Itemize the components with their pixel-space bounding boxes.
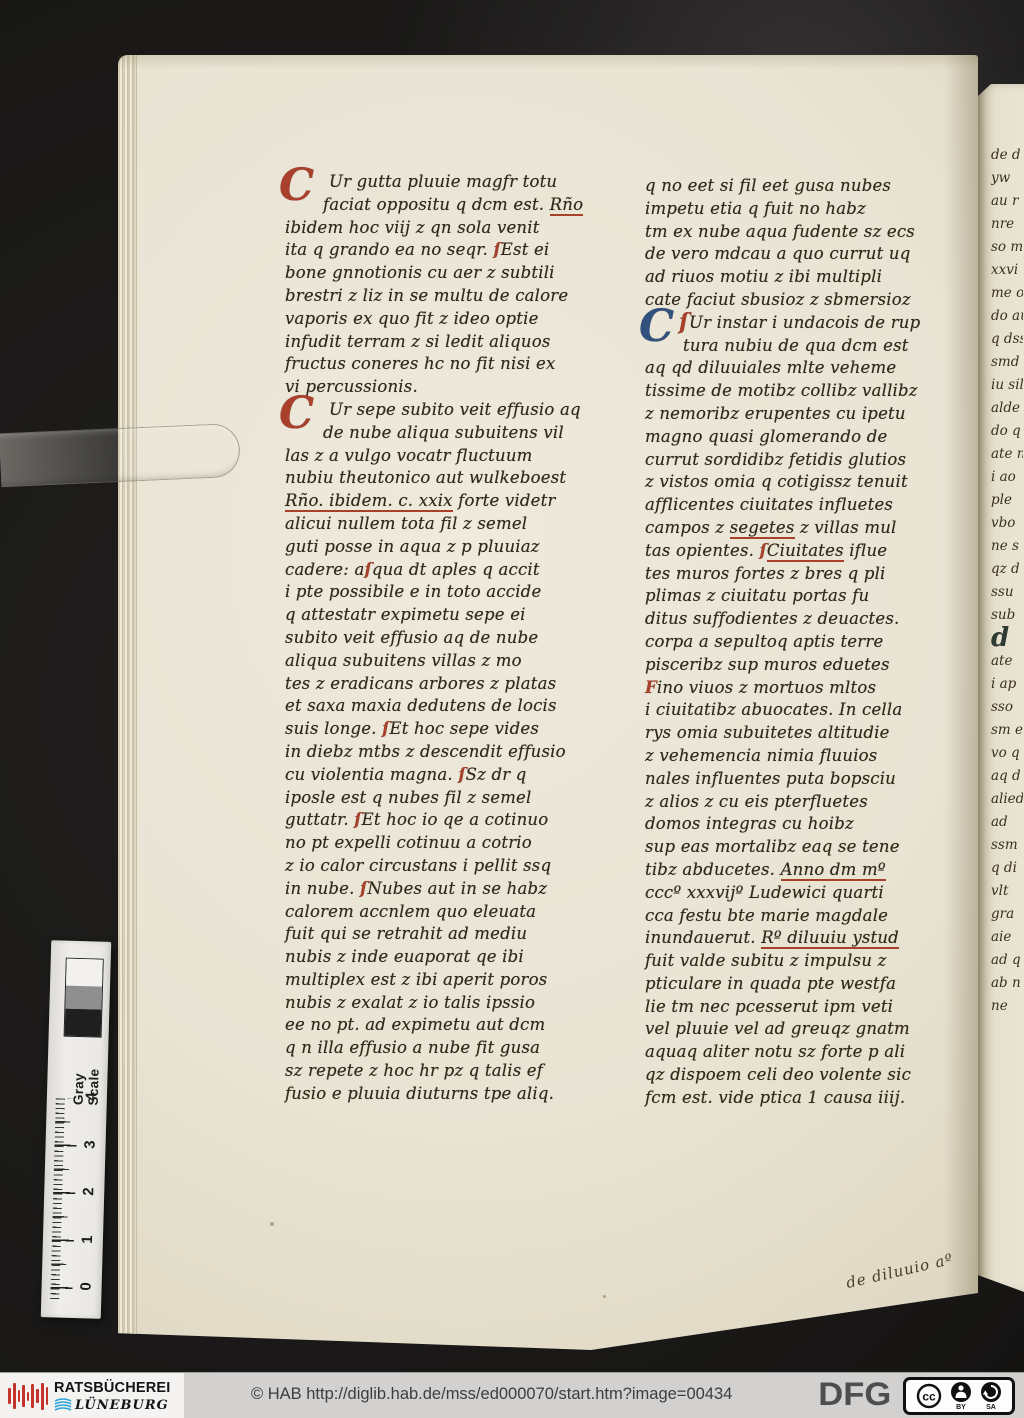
- library-name-line2: LÜNEBURG: [75, 1398, 169, 1413]
- sliver-fragment: ad q: [991, 949, 1023, 972]
- manuscript-line: fructus coneres hc no fit nisi ex: [285, 354, 621, 377]
- sliver-fragment: so m: [991, 236, 1023, 259]
- sliver-fragment: iu sil: [991, 374, 1023, 397]
- manuscript-line: vel pluuie vel ad greuqz gnatm: [645, 1019, 981, 1042]
- manuscript-line: cccº xxxvijº Ludewici quarti: [645, 883, 981, 906]
- sliver-fragment: qz d: [991, 558, 1023, 581]
- manuscript-line: z nemoribz erupentes cu ipetu: [645, 404, 981, 427]
- manuscript-line: ditus suffodientes z deuactes.: [645, 609, 981, 632]
- sliver-fragment: do au: [991, 305, 1023, 328]
- manuscript-line: faciat oppositu q dcm est. Rño: [285, 195, 621, 218]
- dfg-logo: DFG: [818, 1376, 891, 1413]
- manuscript-line: tura nubiu de qua dcm est: [645, 336, 981, 359]
- manuscript-line: ita q grando ea no seqr. ſEst ei: [285, 240, 621, 263]
- manuscript-line: Rño. ibidem. c. xxix forte videtr: [285, 491, 621, 514]
- manuscript-line: rys omia subuitetes altitudie: [645, 723, 981, 746]
- manuscript-line: multiplex est z ibi aperit poros: [285, 970, 621, 993]
- manuscript-line: nubis z inde euaporat qe ibi: [285, 947, 621, 970]
- sliver-fragment: vlt: [991, 880, 1023, 903]
- manuscript-line: nubis z exalat z io talis ipssio: [285, 993, 621, 1016]
- manuscript-line: suis longe. ſEt hoc sepe vides: [285, 719, 621, 742]
- cc-icon: cc: [916, 1383, 942, 1409]
- sliver-fragment: ate: [991, 650, 1023, 673]
- manuscript-line: vi percussionis.: [285, 377, 621, 400]
- manuscript-line: alicui nullem tota fil z semel: [285, 514, 621, 537]
- sliver-fragment: ab n: [991, 972, 1023, 995]
- library-name: RATSBÜCHEREI LÜNEBURG: [54, 1380, 171, 1413]
- illuminated-initial: C: [639, 305, 674, 349]
- manuscript-line: guti posse in aqua z p pluuiaz: [285, 537, 621, 560]
- sliver-fragment: ple: [991, 489, 1023, 512]
- manuscript-line: tibz abducetes. Anno dm mº: [645, 860, 981, 883]
- sliver-fragment: q dss: [991, 328, 1023, 351]
- sliver-fragment: sso: [991, 696, 1023, 719]
- manuscript-line: q n illa effusio a nube fit gusa: [285, 1038, 621, 1061]
- library-bars-icon: [8, 1378, 48, 1414]
- manuscript-line: afflicentes ciuitates influetes: [645, 495, 981, 518]
- manuscript-line: impetu etia q fuit no habz: [645, 199, 981, 222]
- page-edge-stack: [118, 55, 137, 1350]
- manuscript-line: tm ex nube aqua fudente sz ecs: [645, 222, 981, 245]
- grayscale-patch-gray: [65, 986, 102, 1010]
- scan-background: de dywau rnreso mxxvime odo auq dsssmd i…: [0, 0, 1024, 1418]
- manuscript-line: tas opientes. ſCiuitates iflue: [645, 541, 981, 564]
- manuscript-line: Ur instar i undacois de rup: [645, 313, 981, 336]
- ruler-ticks: [50, 1098, 82, 1300]
- manuscript-left-column: Ur gutta pluuie magfr totuCfaciat opposi…: [285, 172, 621, 1107]
- grayscale-patches: [64, 958, 104, 1038]
- manuscript-line: tes muros fortes z bres q pli: [645, 564, 981, 587]
- page-holder-clip: [0, 423, 241, 487]
- ratsbuecherei-logo: RATSBÜCHEREI LÜNEBURG: [0, 1373, 184, 1418]
- sliver-fragment: yw: [991, 167, 1023, 190]
- manuscript-line: inundauerut. Rº diluuiu ystud: [645, 928, 981, 951]
- manuscript-line: i ciuitatibz abuocates. In cella: [645, 700, 981, 723]
- sliver-fragment: alde: [991, 397, 1023, 420]
- illuminated-initial: C: [279, 392, 314, 436]
- parchment-speck: [603, 1295, 606, 1298]
- by-person-icon: BY: [950, 1381, 972, 1411]
- manuscript-line: Ur sepe subito veit effusio aq: [285, 400, 621, 423]
- manuscript-line: magno quasi glomerando de: [645, 427, 981, 450]
- manuscript-line: calorem accnlem quo eleuata: [285, 902, 621, 925]
- manuscript-line: vaporis ex quo fit z ideo optie: [285, 309, 621, 332]
- sliver-fragment: smd i: [991, 351, 1023, 374]
- manuscript-line: z alios z cu eis pterfluetes: [645, 792, 981, 815]
- manuscript-line: plimas z ciuitatu portas fu: [645, 586, 981, 609]
- sliver-fragment: de d: [991, 144, 1023, 167]
- sliver-fragment: au r: [991, 190, 1023, 213]
- manuscript-line: cu violentia magna. ſSz dr q: [285, 765, 621, 788]
- sliver-fragment: xxvi: [991, 259, 1023, 282]
- illuminated-initial: C: [279, 164, 314, 208]
- manuscript-line: pisceribz sup muros eduetes: [645, 655, 981, 678]
- sliver-fragment: me o: [991, 282, 1023, 305]
- manuscript-line: corpa a sepultoq aptis terre: [645, 632, 981, 655]
- attribution-url: © HAB http://diglib.hab.de/mss/ed000070/…: [251, 1385, 732, 1404]
- manuscript-line: infudit terram z si ledit aliquos: [285, 332, 621, 355]
- sliver-fragment: alied: [991, 788, 1023, 811]
- manuscript-line: de vero mdcau a quo currut uq: [645, 244, 981, 267]
- manuscript-line: i pte possibile e in toto accide: [285, 582, 621, 605]
- sliver-fragment: ssu: [991, 581, 1023, 604]
- manuscript-line: et saxa maxia dedutens de locis: [285, 696, 621, 719]
- manuscript-line: domos integras cu hoibz: [645, 814, 981, 837]
- ruler-number: 1: [79, 1235, 96, 1244]
- manuscript-line: z io calor circustans i pellit ssq: [285, 856, 621, 879]
- sliver-fragment: ad: [991, 811, 1023, 834]
- manuscript-right-column: q no eet si fil eet gusa nubesimpetu eti…: [645, 176, 981, 1111]
- ruler-number: 4: [83, 1092, 100, 1101]
- sliver-fragment: sm e: [991, 719, 1023, 742]
- sliver-fragment: nre: [991, 213, 1023, 236]
- manuscript-line: de nube aliqua subuitens vil: [285, 423, 621, 446]
- ruler-number: 2: [80, 1187, 97, 1196]
- manuscript-line: cca festu bte marie magdale: [645, 906, 981, 929]
- manuscript-line: fuit valde subitu z impulsu z: [645, 951, 981, 974]
- sliver-fragment: d: [991, 627, 1023, 650]
- lueneburg-book-icon: [54, 1398, 72, 1412]
- manuscript-line: bone gnnotionis cu aer z subtili: [285, 263, 621, 286]
- manuscript-line: aquaq aliter notu sz forte p ali: [645, 1042, 981, 1065]
- initial-flourish: ſ: [679, 309, 689, 335]
- manuscript-line: fusio e pluuia diuturns tpe aliq.: [285, 1084, 621, 1107]
- manuscript-line: no pt expelli cotinuu a cotrio: [285, 833, 621, 856]
- manuscript-line: nubiu theutonico aut wulkeboest: [285, 468, 621, 491]
- manuscript-line: tissime de motibz collibz vallibz: [645, 381, 981, 404]
- sliver-fragment: q di: [991, 857, 1023, 880]
- ruler-number: 3: [81, 1140, 98, 1149]
- manuscript-line: currut sordidibz fetidis glutios: [645, 450, 981, 473]
- manuscript-line: fcm est. vide ptica 1 causa iiij.: [645, 1088, 981, 1111]
- manuscript-line: cadere: aſqua dt aples q accit: [285, 560, 621, 583]
- manuscript-line: Fino viuos z mortuos mltos: [645, 678, 981, 701]
- manuscript-line: las z a vulgo vocatr fluctuum: [285, 446, 621, 469]
- sliver-fragment: i ap: [991, 673, 1023, 696]
- sliver-fragment: ne: [991, 995, 1023, 1018]
- sliver-fragment: ne s: [991, 535, 1023, 558]
- manuscript-line: campos z segetes z villas mul: [645, 518, 981, 541]
- ruler-number: 0: [78, 1282, 95, 1291]
- manuscript-line: guttatr. ſEt hoc io qe a cotinuo: [285, 810, 621, 833]
- manuscript-line: lie tm nec pcesserut ipm veti: [645, 997, 981, 1020]
- manuscript-line: z vistos omia q cotigissz tenuit: [645, 472, 981, 495]
- footer-bar: RATSBÜCHEREI LÜNEBURG © HAB http://digli…: [0, 1372, 1024, 1418]
- manuscript-line: fuit qui se retrahit ad mediu: [285, 924, 621, 947]
- sliver-fragment: gra: [991, 903, 1023, 926]
- manuscript-line: ee no pt. ad expimetu aut dcm: [285, 1015, 621, 1038]
- sliver-fragment: vbo: [991, 512, 1023, 535]
- sa-arrow-icon: SA: [980, 1381, 1002, 1411]
- manuscript-line: qz dispoem celi deo volente sic: [645, 1065, 981, 1088]
- manuscript-line: q attestatr expimetu sepe ei: [285, 605, 621, 628]
- grayscale-patch-white: [66, 959, 103, 987]
- manuscript-line: iposle est q nubes fil z semel: [285, 788, 621, 811]
- sliver-fragment: aq d: [991, 765, 1023, 788]
- sliver-fragment: ate n: [991, 443, 1023, 466]
- cc-license-badge: cc BY SA: [903, 1377, 1015, 1415]
- manuscript-line: sup eas mortalibz eaq se tene: [645, 837, 981, 860]
- page-top-shade: [118, 55, 978, 69]
- manuscript-line: q no eet si fil eet gusa nubes: [645, 176, 981, 199]
- manuscript-line: subito veit effusio aq de nube: [285, 628, 621, 651]
- sliver-fragment: aie: [991, 926, 1023, 949]
- sliver-fragment: ssm: [991, 834, 1023, 857]
- manuscript-line: ibidem hoc viij z qn sola venit: [285, 218, 621, 241]
- manuscript-line: in diebz mtbs z descendit effusio: [285, 742, 621, 765]
- manuscript-line: aliqua subuitens villas z mo: [285, 651, 621, 674]
- next-page-text-fragments: de dywau rnreso mxxvime odo auq dsssmd i…: [991, 144, 1023, 1018]
- manuscript-line: tes z eradicans arbores z platas: [285, 674, 621, 697]
- manuscript-line: pticulare in quada pte westfa: [645, 974, 981, 997]
- manuscript-line: ad riuos motiu z ibi multipli: [645, 267, 981, 290]
- svg-text:cc: cc: [922, 1390, 936, 1404]
- manuscript-line: in nube. ſNubes aut in se habz: [285, 879, 621, 902]
- sliver-fragment: i ao: [991, 466, 1023, 489]
- manuscript-line: aq qd diluuiales mlte veheme: [645, 358, 981, 381]
- manuscript-line: z vehemencia nimia fluuios: [645, 746, 981, 769]
- sliver-fragment: do q: [991, 420, 1023, 443]
- manuscript-line: Ur gutta pluuie magfr totu: [285, 172, 621, 195]
- ruler-numbers: 43210: [51, 940, 111, 942]
- manuscript-line: nales influentes puta bopsciu: [645, 769, 981, 792]
- sliver-fragment: vo q: [991, 742, 1023, 765]
- library-name-line1: RATSBÜCHEREI: [54, 1380, 171, 1396]
- manuscript-line: sz repete z hoc hr pz q talis ef: [285, 1061, 621, 1084]
- grayscale-card: Gray Scale 43210: [41, 940, 112, 1319]
- parchment-speck: [270, 1222, 274, 1226]
- next-page-sliver: de dywau rnreso mxxvime odo auq dsssmd i…: [978, 84, 1024, 1292]
- manuscript-line: brestri z liz in se multu de calore: [285, 286, 621, 309]
- manuscript-line: cate faciut sbusioz z sbmersioz: [645, 290, 981, 313]
